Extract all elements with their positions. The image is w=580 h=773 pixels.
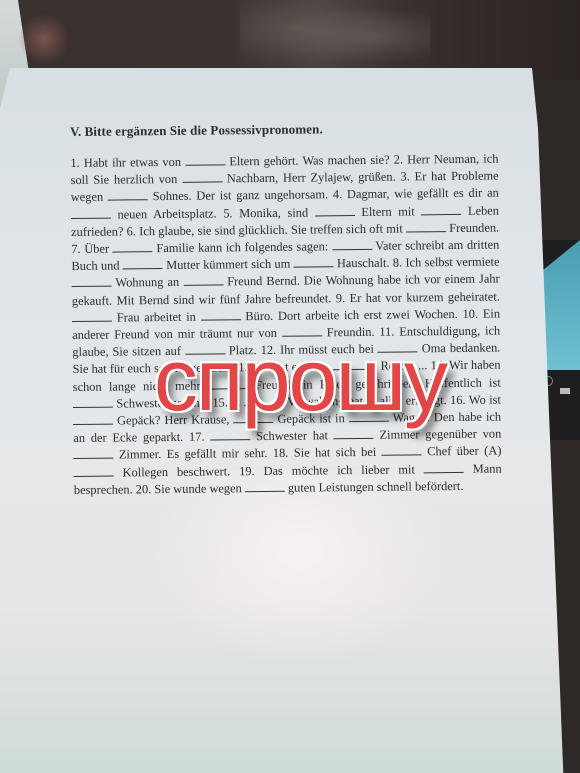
fill-in-blank bbox=[73, 449, 113, 459]
fill-in-blank bbox=[334, 429, 374, 439]
fill-in-blank bbox=[183, 276, 223, 286]
fill-in-blank bbox=[108, 191, 148, 201]
text-segment: Sohnes. Der ist ganz ungehorsam. 4. Dagm… bbox=[148, 186, 499, 204]
fill-in-blank bbox=[210, 430, 250, 440]
text-segment: Kollegen beschwert. 19. Das möchte ich l… bbox=[114, 462, 424, 479]
fill-in-blank bbox=[73, 397, 113, 407]
exercise-text: 1. Habt ihr etwas von Eltern gehört. Was… bbox=[70, 151, 502, 500]
light-glare bbox=[150, 470, 450, 670]
text-segment: Wohnung an bbox=[112, 275, 184, 290]
fill-in-blank bbox=[245, 482, 285, 492]
watermark-text: спрошу bbox=[150, 330, 450, 430]
background-finger bbox=[18, 14, 70, 64]
fill-in-blank bbox=[406, 222, 446, 232]
text-segment: Eltern mit bbox=[355, 204, 422, 219]
fill-in-blank bbox=[382, 446, 422, 456]
fill-in-blank bbox=[424, 463, 464, 473]
fill-in-blank bbox=[421, 205, 461, 215]
tablet-button-icon bbox=[560, 388, 570, 394]
text-segment: Zimmer. Es gefällt mir sehr. 18. Sie hat… bbox=[113, 445, 381, 462]
fill-in-blank bbox=[201, 310, 241, 320]
fill-in-blank bbox=[113, 242, 153, 252]
text-segment: Mutter kümmert sich um bbox=[163, 257, 294, 272]
exercise-heading: V. Bitte ergänzen Sie die Possessivprono… bbox=[70, 120, 498, 140]
text-segment: 1. Habt ihr etwas von bbox=[70, 155, 185, 170]
fill-in-blank bbox=[315, 206, 355, 216]
worksheet-content: V. Bitte ergänzen Sie die Possessivprono… bbox=[70, 120, 502, 500]
text-segment: Familie kann ich folgendes sagen: bbox=[153, 239, 332, 255]
fill-in-blank bbox=[182, 173, 222, 183]
fill-in-blank bbox=[73, 415, 113, 425]
fill-in-blank bbox=[294, 257, 334, 267]
background-right-edge bbox=[560, 540, 580, 773]
text-segment: guten Leistungen schnell befördert. bbox=[285, 479, 464, 495]
fill-in-blank bbox=[72, 277, 112, 287]
text-segment: Schwester hat bbox=[250, 429, 334, 444]
fill-in-blank bbox=[72, 311, 112, 321]
text-segment: neuen Arbeitsplatz. 5. Monika, sind bbox=[111, 205, 315, 221]
text-segment: Chef über (A) bbox=[422, 444, 502, 459]
fill-in-blank bbox=[74, 466, 114, 476]
fill-in-blank bbox=[123, 259, 163, 269]
fill-in-blank bbox=[71, 208, 111, 218]
text-segment: Hauschalt. 8. Ich selbst vermiete bbox=[334, 255, 500, 271]
fill-in-blank bbox=[185, 155, 225, 165]
background-pattern bbox=[240, 0, 430, 72]
text-segment: Frau arbeitet in bbox=[112, 309, 201, 324]
fill-in-blank bbox=[332, 240, 372, 250]
